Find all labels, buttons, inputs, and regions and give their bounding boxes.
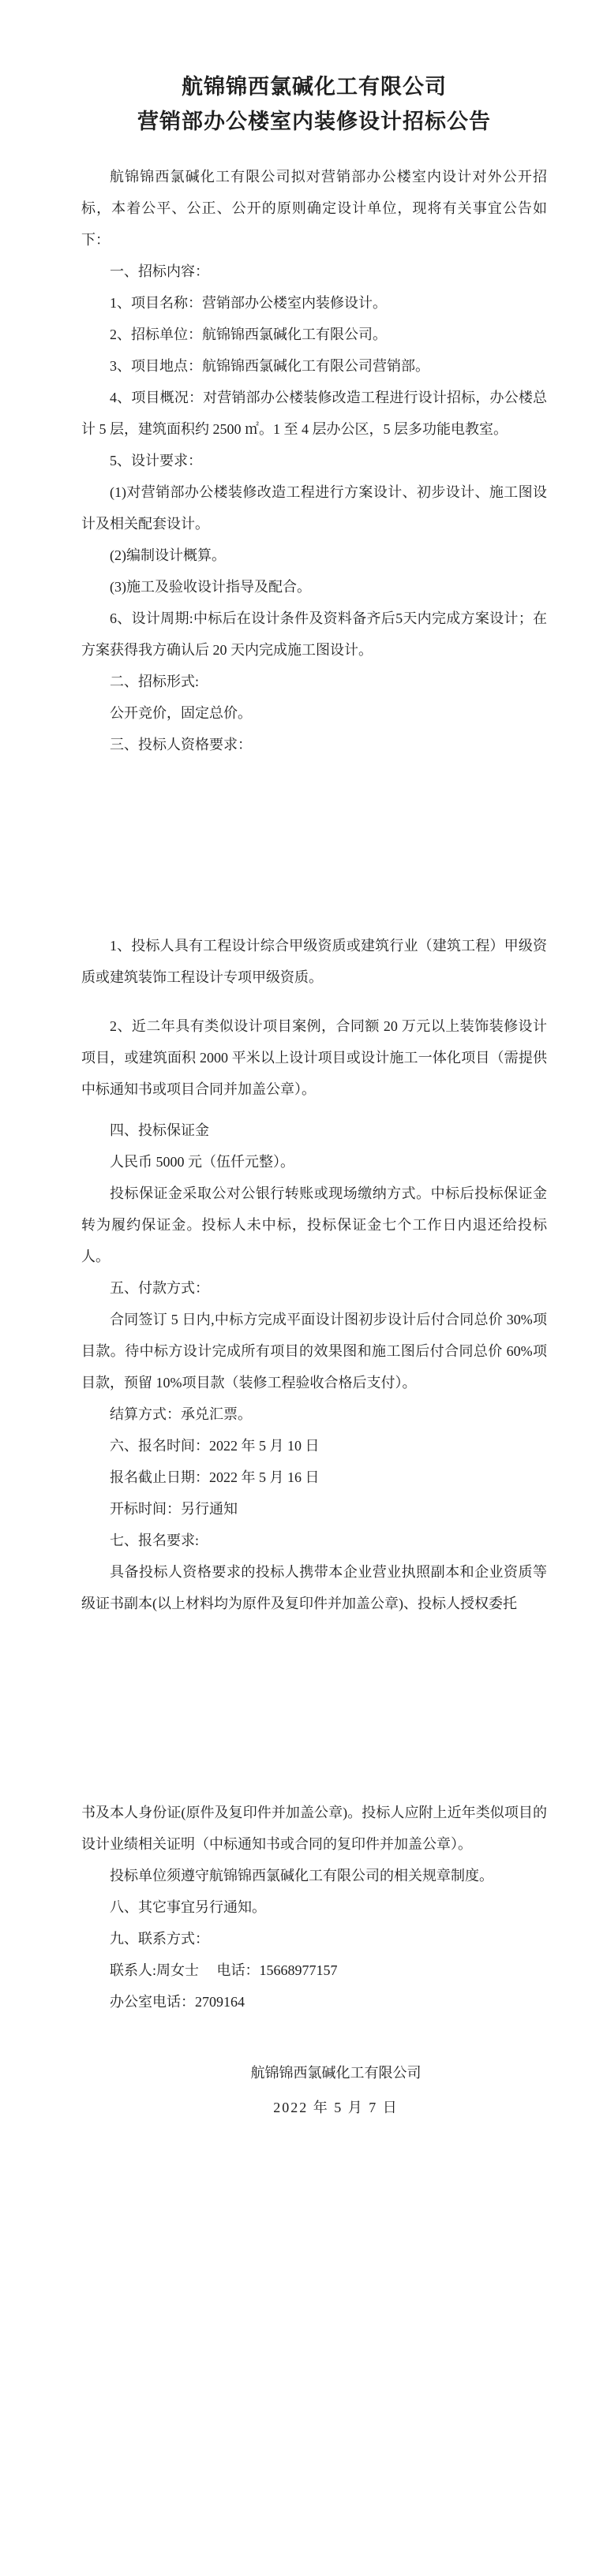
paragraph-3: 1、项目名称：营销部办公楼室内装修设计。	[81, 287, 547, 319]
paragraph-13: 公开竞价，固定总价。	[81, 697, 547, 729]
paragraph-20: 五、付款方式：	[81, 1272, 547, 1304]
document-page: 航锦锦西氯碱化工有限公司 营销部办公楼室内装修设计招标公告 航锦锦西氯碱化工有限…	[0, 0, 607, 2576]
paragraph-33: 办公室电话：2709164	[81, 1986, 547, 2018]
paragraph-19: 投标保证金采取公对公银行转账或现场缴纳方式。中标后投标保证金转为履约保证金。投标…	[81, 1178, 547, 1272]
paragraph-24: 报名截止日期：2022 年 5 月 16 日	[81, 1462, 547, 1493]
paragraph-10: (3)施工及验收设计指导及配合。	[81, 571, 547, 603]
paragraph-28: 书及本人身份证(原件及复印件并加盖公章)。投标人应附上近年类似项目的设计业绩相关…	[81, 1797, 547, 1860]
paragraph-9: (2)编制设计概算。	[81, 539, 547, 571]
paragraph-16: 2、近二年具有类似设计项目案例，合同额 20 万元以上装饰装修设计项目，或建筑面…	[81, 1010, 547, 1105]
paragraph-4: 2、招标单位：航锦锦西氯碱化工有限公司。	[81, 319, 547, 350]
signature-date: 2022 年 5 月 7 日	[125, 2090, 547, 2125]
paragraph-22: 结算方式：承兑汇票。	[81, 1398, 547, 1430]
paragraph-25: 开标时间：另行通知	[81, 1493, 547, 1525]
paragraph-12: 二、招标形式:	[81, 666, 547, 697]
document-title: 航锦锦西氯碱化工有限公司 营销部办公楼室内装修设计招标公告	[81, 69, 547, 139]
signature-company: 航锦锦西氯碱化工有限公司	[125, 2055, 547, 2090]
paragraph-17: 四、投标保证金	[81, 1114, 547, 1146]
paragraph-27: 具备投标人资格要求的投标人携带本企业营业执照副本和企业资质等级证书副本(以上材料…	[81, 1556, 547, 1619]
paragraph-11: 6、设计周期:中标后在设计条件及资料备齐后5天内完成方案设计；在方案获得我方确认…	[81, 603, 547, 666]
paragraph-23: 六、报名时间：2022 年 5 月 10 日	[81, 1430, 547, 1462]
paragraph-14: 三、投标人资格要求：	[81, 729, 547, 760]
paragraph-6: 4、项目概况：对营销部办公楼装修改造工程进行设计招标，办公楼总计 5 层，建筑面…	[81, 382, 547, 445]
paragraph-18: 人民币 5000 元（伍仟元整）。	[81, 1146, 547, 1178]
paragraph-1: 航锦锦西氯碱化工有限公司拟对营销部办公楼室内设计对外公开招标，本着公平、公正、公…	[81, 161, 547, 256]
signature-block: 航锦锦西氯碱化工有限公司 2022 年 5 月 7 日	[125, 2055, 547, 2125]
paragraph-8: (1)对营销部办公楼装修改造工程进行方案设计、初步设计、施工图设计及相关配套设计…	[81, 476, 547, 539]
paragraph-7: 5、设计要求：	[81, 445, 547, 476]
paragraph-2: 一、招标内容：	[81, 256, 547, 287]
title-line-2: 营销部办公楼室内装修设计招标公告	[81, 104, 547, 139]
document-body: 航锦锦西氯碱化工有限公司拟对营销部办公楼室内设计对外公开招标，本着公平、公正、公…	[81, 161, 547, 2018]
paragraph-15: 1、投标人具有工程设计综合甲级资质或建筑行业（建筑工程）甲级资质或建筑装饰工程设…	[81, 930, 547, 993]
paragraph-30: 八、其它事宜另行通知。	[81, 1891, 547, 1923]
paragraph-26: 七、报名要求:	[81, 1525, 547, 1556]
paragraph-32: 联系人:周女士 电话：15668977157	[81, 1954, 547, 1986]
paragraph-21: 合同签订 5 日内,中标方完成平面设计图初步设计后付合同总价 30%项目款。待中…	[81, 1304, 547, 1398]
title-line-1: 航锦锦西氯碱化工有限公司	[81, 69, 547, 104]
paragraph-5: 3、项目地点：航锦锦西氯碱化工有限公司营销部。	[81, 350, 547, 382]
paragraph-29: 投标单位须遵守航锦锦西氯碱化工有限公司的相关规章制度。	[81, 1860, 547, 1891]
paragraph-31: 九、联系方式：	[81, 1923, 547, 1954]
